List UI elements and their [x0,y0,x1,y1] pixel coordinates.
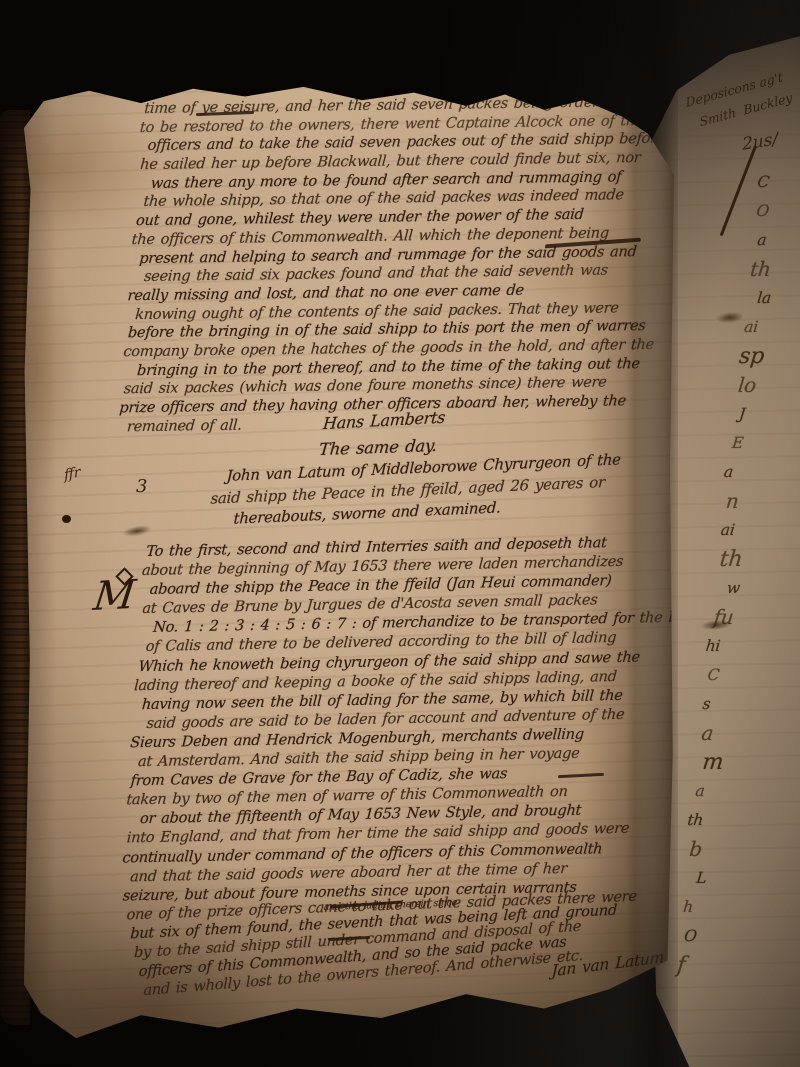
manuscript-line: present and helping to search and rummag… [139,242,662,268]
manuscript-line: a [756,226,780,255]
manuscript-line: remained of all. [126,411,649,437]
deponent-introduction: John van Latum of Middleborowe Chyrurgeo… [221,449,621,530]
manuscript-line: m [701,748,725,777]
manuscript-line: continually under command of the officer… [122,837,679,867]
manuscript-line: the whole shipp, so that one of the said… [143,186,666,212]
facing-page-line-beginnings: COathlaaisploJEanaithwfuhiCsamathbLhOf [671,168,786,980]
manuscript-line: th [686,806,719,835]
margin-folio-number: 3 [136,476,147,497]
manuscript-line: he sailed her up before Blackwall, but t… [140,149,669,175]
manuscript-line: C [706,661,734,690]
manuscript-line: at Caves de Brune by Jurgues de d'Acosta… [142,589,696,619]
ink-blot [62,515,71,523]
manuscript-line: out and gone, whilest they were under th… [135,205,664,231]
manuscript-line: seeing the said six packes found and tha… [143,261,660,287]
manuscript-line: Which he knoweth being chyrurgeon of the… [138,646,692,676]
manuscript-line: Sieurs Deben and Hendrick Mogenburgh, me… [130,723,687,753]
manuscript-line: but six of them found, the seventh that … [130,898,674,944]
manuscript-line: aboard the shipp the Peace in the ffeild… [149,570,697,600]
manuscript-line: or about the ffifteenth of May 1653 New … [139,799,681,829]
manuscript-line: knowing ought of the contents of the sai… [135,298,658,324]
manuscript-line: the officers of this Commonwealth. All w… [131,224,663,250]
manuscript-line: into England, and that from her time the… [126,818,680,848]
deposition-block-2: To the first, second and third Interries… [113,531,700,1001]
manuscript-line: w [725,574,743,603]
manuscript-line: thereabouts, sworne and examined. [233,492,619,530]
manuscript-line: officers of this Commonwealth, and so th… [138,925,671,981]
manuscript-line: No. 1 : 2 : 3 : 4 : 5 : 6 : 7 : of merch… [152,608,694,638]
same-day-heading: The same day. [318,436,437,459]
manuscript-line: th [749,255,777,284]
manuscript-line: having now seen the bill of lading for t… [141,684,689,714]
deposition-block-1: time of ye seisure, and her the said sev… [117,93,672,437]
manuscript-line: To the first, second and third Interries… [146,531,700,561]
manuscript-line: before the bringing in of the said shipp… [127,317,656,343]
manuscript-line: to be restored to the owners, there went… [139,111,671,137]
manuscript-line: said six packes (which was done foure mo… [123,373,652,399]
manuscript-line: company broke open the hatches of the go… [123,336,655,362]
manuscript-line: said shipp the Peace in the ffeild, aged… [210,471,620,510]
manuscript-line: O [683,922,707,951]
book-page-edges [0,110,30,1025]
manuscript-line: f [676,951,704,980]
manuscript-line: h [682,893,710,922]
manuscript-line: by to the said shipp still under command… [134,911,673,962]
manuscript-line: of Calis and there to be delivered accor… [145,627,693,657]
manuscript-line: at Amsterdam. And saith the said shipp b… [137,742,685,772]
manuscript-line: lading thereof and keeping a booke of th… [134,665,691,695]
manuscript-line: th [718,545,746,574]
manuscript-line: n [724,487,752,516]
manuscript-line: hi [704,632,737,661]
manuscript-line: bringing in to the port thereof, and to … [136,355,653,381]
manuscript-line: L [695,864,713,893]
manuscript-line: prize officers and they having other off… [119,392,651,418]
manuscript-line: John van Latum of Middleborowe Chyrurgeo… [226,449,621,487]
manuscript-line: ai [719,516,749,545]
deponent-signature-jan-van-latum: Jan van Latum [551,948,664,980]
manuscript-line: said goods are said to be laden for acco… [146,703,688,733]
manuscript-line: sp [738,342,768,371]
manuscript-line: taken by two of the men of warre of this… [126,780,683,810]
manuscript-line: la [756,284,774,313]
deponent-signature-hans-lamberts: Hans Lamberts [322,408,446,434]
manuscript-line: ai [743,313,771,342]
manuscript-line: C [756,168,786,197]
manuscript-line: and that the said goods were aboard her … [130,856,678,886]
manuscript-line: one of the prize officers came to take o… [126,885,675,924]
manuscript-line: really missing and lost, and that no one… [127,280,659,306]
margin-interrogatory-mark: ffr [64,464,81,484]
manuscript-line: lo [737,371,765,400]
manuscript-line: was there any more to be found after sea… [150,167,667,193]
manuscript-line: a [722,458,755,487]
manuscript-line: E [731,429,759,458]
archive-annotation-mark: 2us/ [742,129,779,155]
manuscript-line: about the beginning of May 1653 there we… [141,550,698,580]
manuscript-line: a [694,777,722,806]
margin-monogram: M [91,575,137,617]
manuscript-line: b [688,835,716,864]
manuscript-line: and is wholly lost to the owners thereof… [143,939,670,1000]
manuscript-page-left: time of ye seisure, and her the said sev… [24,84,674,1042]
manuscript-line: a [700,719,728,748]
manuscript-line: O [755,197,783,226]
manuscript-photo: time of ye seisure, and her the said sev… [0,0,800,1067]
manuscript-line: s [701,690,731,719]
manuscript-line: officers and to take the said seven pack… [147,130,670,156]
manuscript-line: J [738,400,762,429]
